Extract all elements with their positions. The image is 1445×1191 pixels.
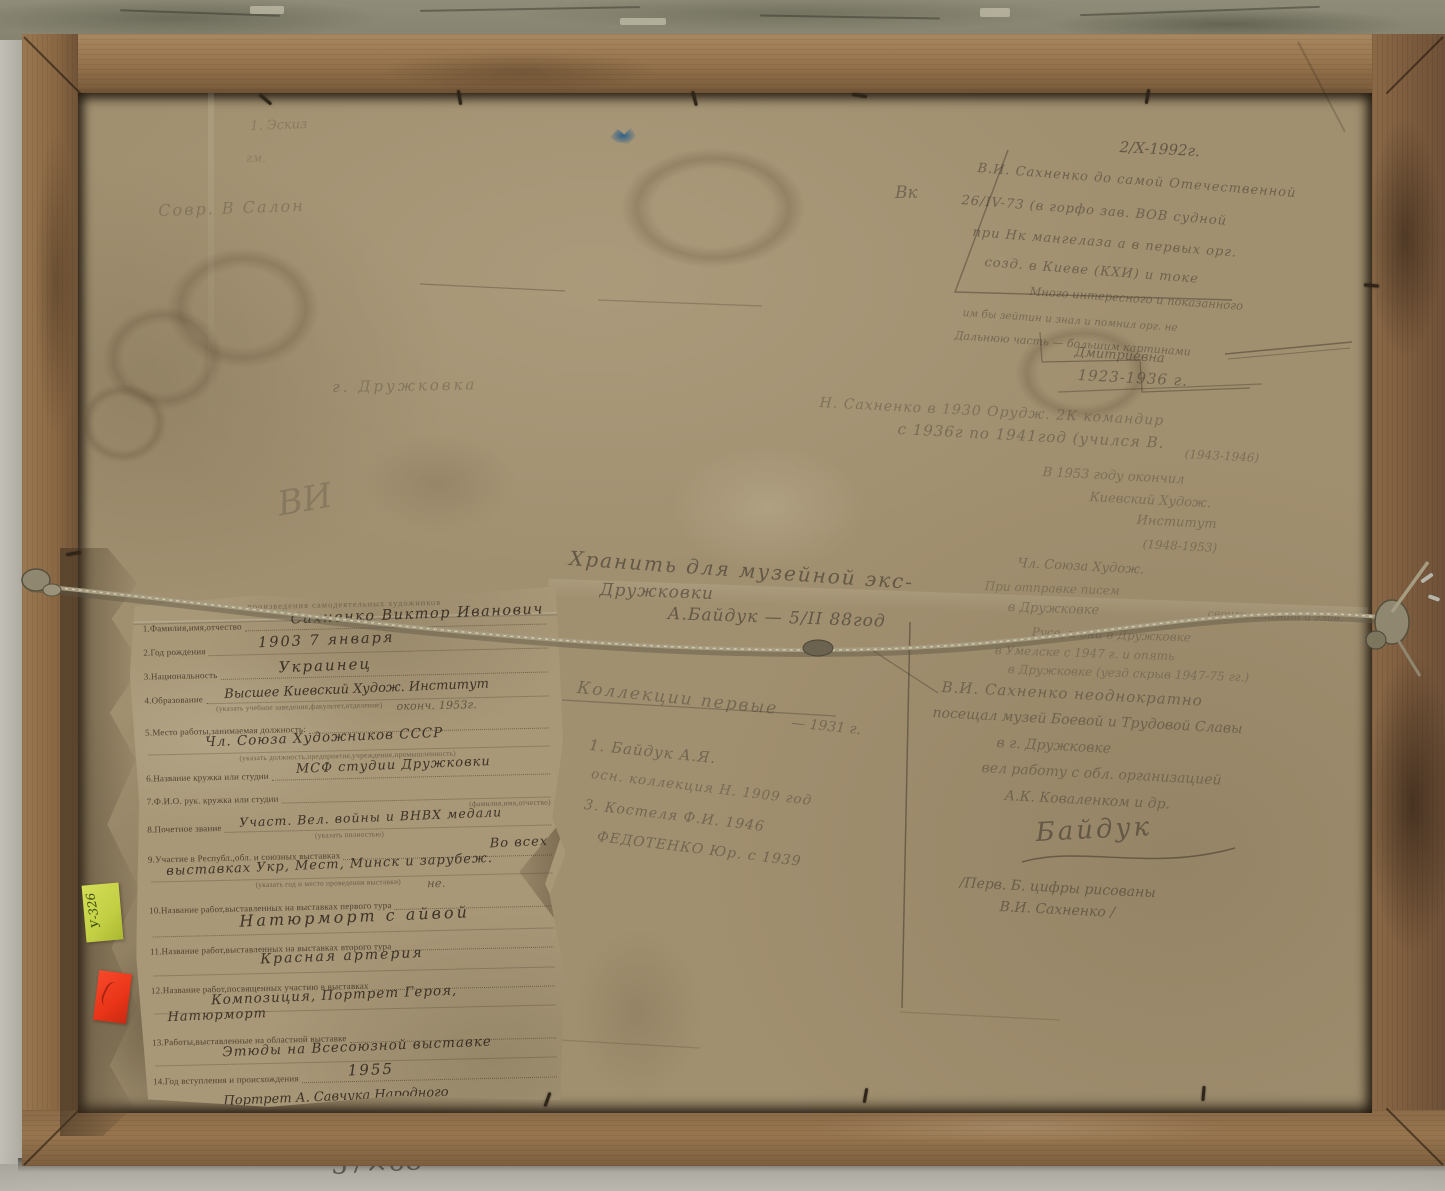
form-row: 1.Фамилия,имя,отчество Сахненко Виктор И… bbox=[143, 614, 547, 634]
water-stain bbox=[68, 373, 178, 473]
questionnaire-content: произведения самодеятельных художников 1… bbox=[142, 595, 557, 1102]
inscription-faint: ВИ bbox=[275, 479, 335, 522]
wall-paint-chip bbox=[250, 6, 284, 14]
wall-crack bbox=[760, 14, 940, 19]
inscription: (1948-1953) bbox=[1142, 538, 1217, 554]
inventory-number: У-326 bbox=[83, 892, 103, 930]
dark-stain bbox=[548, 893, 728, 1133]
form-field-label: 14.Год вступления и происхождения bbox=[153, 1073, 299, 1086]
inventory-sticker-yellow: У-326 bbox=[82, 882, 124, 942]
inscription: в Дружковке bbox=[1008, 601, 1100, 617]
water-stain bbox=[148, 233, 338, 383]
form-row: Натюрморт bbox=[152, 1006, 556, 1030]
inscription-faint: гм. bbox=[246, 152, 266, 164]
form-field-label: 1.Фамилия,имя,отчество bbox=[143, 621, 242, 633]
signature: Байдук bbox=[1035, 814, 1153, 846]
form-field-extra: не. bbox=[427, 876, 446, 890]
form-field-value: 1955 bbox=[347, 1060, 394, 1080]
form-row: 6.Название кружка или студии МСФ студии … bbox=[146, 763, 550, 783]
form-field-value: Во всех bbox=[489, 834, 548, 851]
form-field-extra: оконч. 1953г. bbox=[396, 698, 477, 713]
sticker-scribble bbox=[99, 979, 126, 1010]
form-field-value: Украинец bbox=[278, 655, 372, 677]
inscription: (1943-1946) bbox=[1184, 448, 1259, 464]
water-stain bbox=[598, 133, 828, 283]
wall-crack bbox=[420, 6, 640, 12]
inscription: Институт bbox=[1136, 514, 1217, 531]
wall-crack bbox=[1080, 6, 1320, 16]
wall-paint-chip bbox=[980, 8, 1010, 17]
inscription-faint: г. Дружковка bbox=[332, 377, 478, 395]
questionnaire-label: произведения самодеятельных художников 1… bbox=[128, 586, 572, 1110]
frame-rail-bottom bbox=[22, 1110, 1445, 1166]
wall-paint-chip bbox=[620, 18, 666, 25]
water-stain bbox=[328, 413, 548, 553]
form-field-label: 6.Название кружка или студии bbox=[146, 771, 269, 784]
photo-back-of-framed-painting: 57×68 1. Эскиз гм. Совр. В Салон г. Друж… bbox=[0, 0, 1445, 1191]
form-field-label: 3.Национальность bbox=[144, 670, 218, 682]
form-row: 2.Год рождения 1903 7 января bbox=[143, 638, 547, 658]
inscription-date: 2/X-1992г. bbox=[1119, 140, 1200, 159]
frame-rail-top bbox=[22, 34, 1445, 96]
inscription-faint: Вк bbox=[895, 185, 918, 202]
marker-sticker-red bbox=[93, 970, 132, 1024]
crease bbox=[208, 93, 214, 593]
form-field-label: 2.Год рождения bbox=[143, 646, 206, 657]
inscription-keep-note: Дружковки bbox=[599, 582, 714, 603]
inscription-faint: 1. Эскиз bbox=[250, 118, 307, 133]
